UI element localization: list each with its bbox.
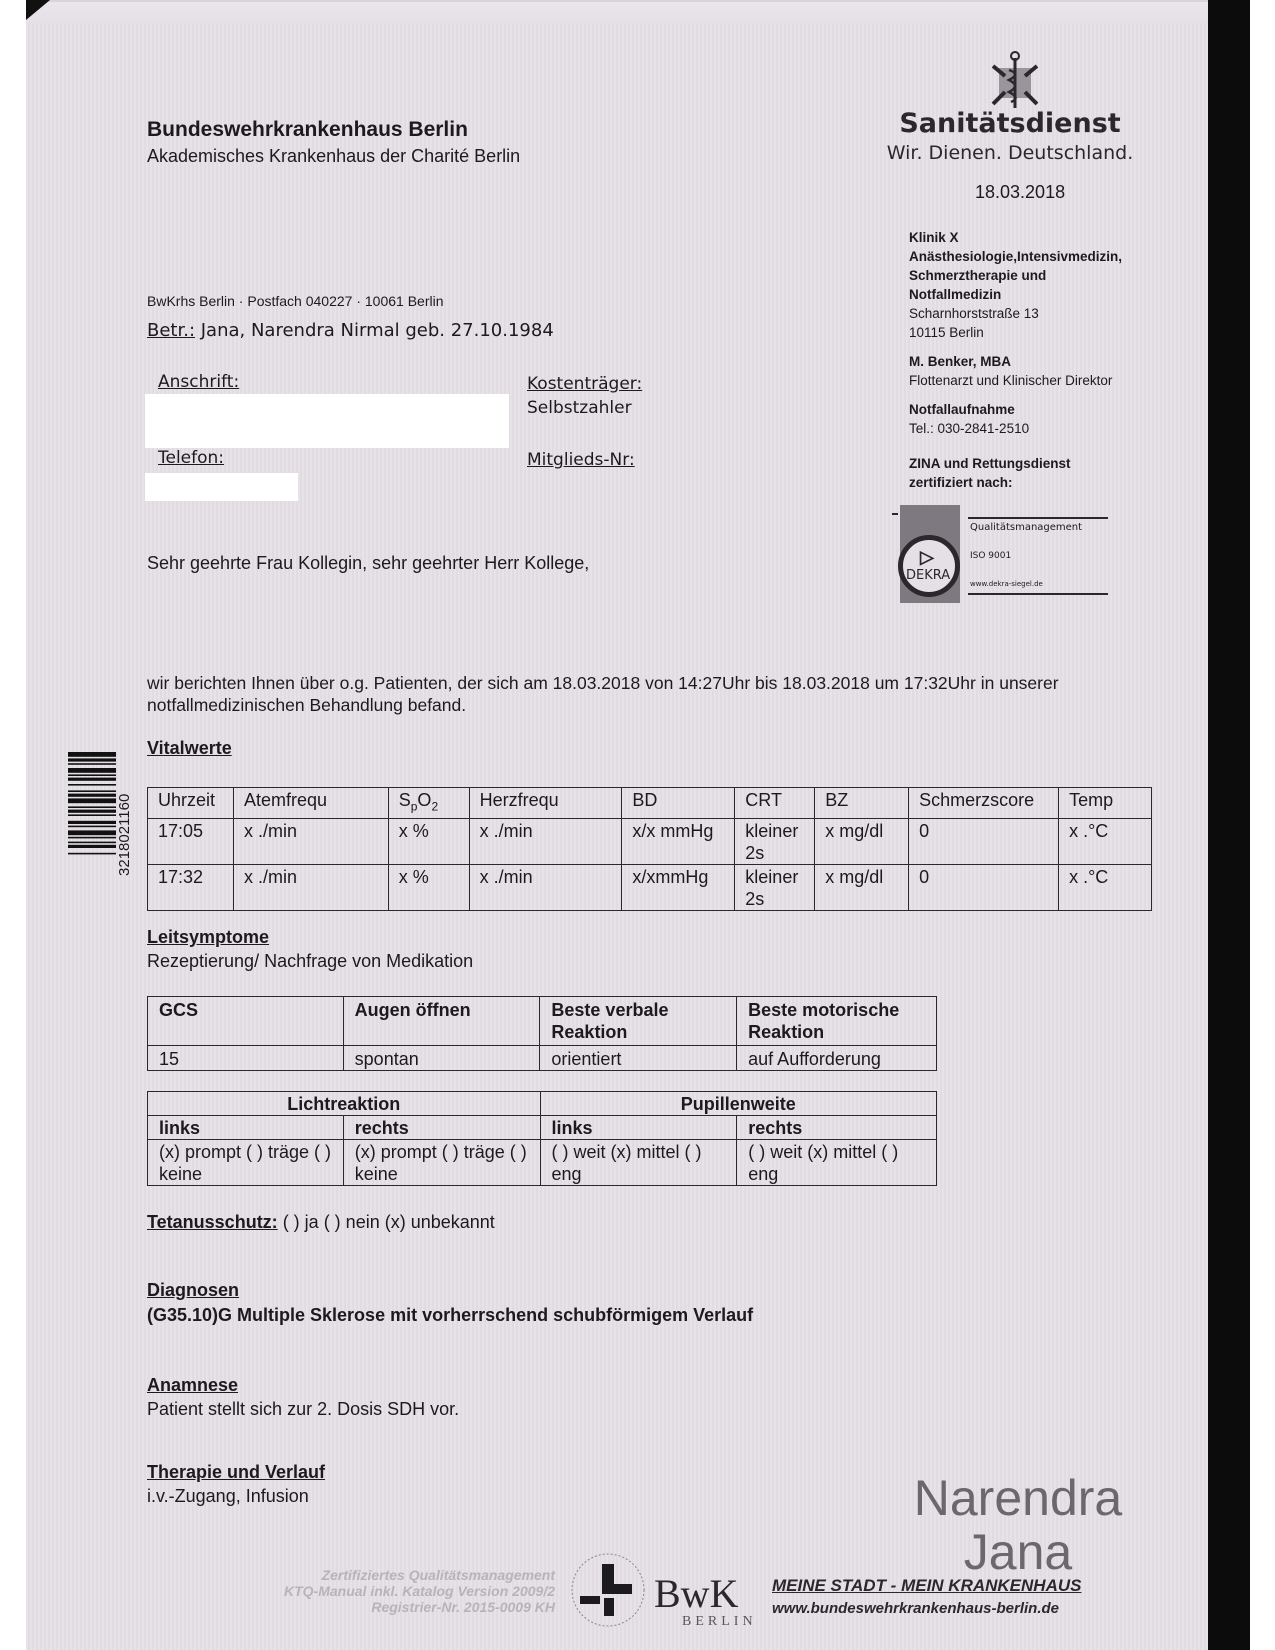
cert-line: Zertifiziertes Qualitätsmanagement xyxy=(222,1567,555,1583)
payer-label: Kostenträger: xyxy=(527,374,642,394)
col-header: Beste motorische Reaktion xyxy=(737,997,937,1046)
cell: ( ) weit (x) mittel ( ) eng xyxy=(737,1140,937,1186)
table-row: 17:05 x ./min x % x ./min x/x mmHg klein… xyxy=(148,818,1152,864)
pupil-table: Lichtreaktion Pupillenweite links rechts… xyxy=(147,1091,937,1186)
address-label: Anschrift: xyxy=(158,372,239,392)
tetanus-value: ( ) ja ( ) nein (x) unbekannt xyxy=(278,1212,495,1232)
col-header: rechts xyxy=(737,1116,937,1140)
cell: ( ) weit (x) mittel ( ) eng xyxy=(540,1140,737,1186)
brand-subtitle: Wir. Dienen. Deutschland. xyxy=(860,142,1160,164)
diagnosen-text: (G35.10)G Multiple Sklerose mit vorherrs… xyxy=(147,1305,753,1326)
cell: 17:32 xyxy=(148,864,234,910)
cell: kleiner 2s xyxy=(735,818,815,864)
col-header: GCS xyxy=(148,997,344,1046)
table-row: 15 spontan orientiert auf Aufforderung xyxy=(148,1046,937,1071)
diagnosen-heading: Diagnosen xyxy=(147,1280,239,1301)
cell: kleiner 2s xyxy=(735,864,815,910)
brand-title: Sanitätsdienst xyxy=(860,108,1160,139)
therapie-text: i.v.-Zugang, Infusion xyxy=(147,1486,309,1507)
clinic-info: Klinik X Anästhesiologie,Intensivmedizin… xyxy=(909,228,1139,502)
cell: (x) prompt ( ) träge ( ) keine xyxy=(343,1140,540,1186)
col-header-spo2: SpO2 xyxy=(388,788,469,819)
col-header: CRT xyxy=(735,788,815,819)
clinic-name: Klinik X xyxy=(909,228,1139,247)
col-header: Temp xyxy=(1059,788,1152,819)
dekra-brand: DEKRA xyxy=(906,568,950,583)
subject-text: Jana, Narendra Nirmal geb. 27.10.1984 xyxy=(195,320,554,341)
col-header: BD xyxy=(622,788,735,819)
vitals-heading: Vitalwerte xyxy=(147,738,232,759)
tetanus-label: Tetanusschutz: xyxy=(147,1212,278,1232)
cell: 17:05 xyxy=(148,818,234,864)
cert-line: KTQ-Manual inkl. Katalog Version 2009/2 xyxy=(222,1583,555,1599)
dekra-arrow-icon: ▷ xyxy=(920,547,934,568)
ktq-seal-icon xyxy=(568,1550,648,1630)
anamnese-heading: Anamnese xyxy=(147,1375,238,1396)
cert-line: Registrier-Nr. 2015-0009 KH xyxy=(222,1599,555,1615)
footer-certification: Zertifiziertes Qualitätsmanagement KTQ-M… xyxy=(222,1567,555,1615)
table-row: (x) prompt ( ) träge ( ) keine (x) promp… xyxy=(148,1140,937,1186)
col-header: Schmerzscore xyxy=(909,788,1059,819)
dekra-seal: ▷ DEKRA Qualitätsmanagement ISO 9001 www… xyxy=(900,505,1130,605)
cell: x % xyxy=(388,818,469,864)
phone-label: Telefon: xyxy=(158,448,224,468)
col-header: rechts xyxy=(343,1116,540,1140)
barcode xyxy=(68,752,116,908)
dekra-line-3: www.dekra-siegel.de xyxy=(970,580,1043,588)
cell: 15 xyxy=(148,1046,344,1071)
therapie-heading: Therapie und Verlauf xyxy=(147,1462,325,1483)
pupil-sub-header-row: links rechts links rechts xyxy=(148,1116,937,1140)
cell: x ./min xyxy=(233,864,388,910)
bwk-logo-sub: BERLIN xyxy=(682,1614,757,1630)
subject-line: Betr.: Jana, Narendra Nirmal geb. 27.10.… xyxy=(147,320,554,341)
col-header: Herzfrequ xyxy=(469,788,622,819)
cell: (x) prompt ( ) träge ( ) keine xyxy=(148,1140,344,1186)
col-header: BZ xyxy=(815,788,909,819)
subject-label: Betr.: xyxy=(147,320,195,341)
director-title: Flottenarzt und Klinischer Direktor xyxy=(909,371,1139,390)
cert-label: ZINA und Rettungsdienst xyxy=(909,454,1139,473)
col-header: Beste verbale Reaktion xyxy=(540,997,737,1046)
director-name: M. Benker, MBA xyxy=(909,352,1139,371)
col-header: links xyxy=(148,1116,344,1140)
cell: x mg/dl xyxy=(815,818,909,864)
cell: x .°C xyxy=(1059,818,1152,864)
signature-last: Jana xyxy=(888,1522,1148,1582)
vitals-table: Uhrzeit Atemfrequ SpO2 Herzfrequ BD CRT … xyxy=(147,787,1152,911)
aesculapius-cross-icon xyxy=(985,48,1045,112)
er-phone: Tel.: 030-2841-2510 xyxy=(909,419,1139,438)
group-header: Pupillenweite xyxy=(540,1092,937,1116)
er-label: Notfallaufnahme xyxy=(909,400,1139,419)
clinic-street: Scharnhorststraße 13 xyxy=(909,304,1139,323)
footer-url[interactable]: www.bundeswehrkrankenhaus-berlin.de xyxy=(772,1600,1059,1617)
intro-paragraph: wir berichten Ihnen über o.g. Patienten,… xyxy=(147,672,1127,716)
cert-label: zertifiziert nach: xyxy=(909,473,1139,492)
phone-redaction xyxy=(145,473,298,501)
cell: x % xyxy=(388,864,469,910)
cell: x mg/dl xyxy=(815,864,909,910)
department-line: Anästhesiologie,Intensivmedizin, xyxy=(909,247,1139,266)
department-line: Notfallmedizin xyxy=(909,285,1139,304)
col-header: Atemfrequ xyxy=(233,788,388,819)
hospital-name: Bundeswehrkrankenhaus Berlin xyxy=(147,118,468,142)
cell: x ./min xyxy=(469,818,622,864)
bwk-logo: BwK xyxy=(654,1570,738,1617)
anamnese-text: Patient stellt sich zur 2. Dosis SDH vor… xyxy=(147,1399,459,1420)
torn-top-edge xyxy=(26,0,1208,24)
col-header: Augen öffnen xyxy=(343,997,540,1046)
dekra-line-1: Qualitätsmanagement xyxy=(970,522,1082,533)
col-header: links xyxy=(540,1116,737,1140)
scan-border-right xyxy=(1208,0,1250,1650)
member-number-label: Mitglieds-Nr: xyxy=(527,450,635,470)
gcs-table: GCS Augen öffnen Beste verbale Reaktion … xyxy=(147,996,937,1071)
signature-first: Narendra xyxy=(888,1468,1148,1528)
cell: x .°C xyxy=(1059,864,1152,910)
col-header: Uhrzeit xyxy=(148,788,234,819)
leitsymptome-text: Rezeptierung/ Nachfrage von Medikation xyxy=(147,951,473,972)
signature-name: Narendra Jana xyxy=(888,1468,1148,1582)
cell: x/x mmHg xyxy=(622,818,735,864)
pupil-group-header-row: Lichtreaktion Pupillenweite xyxy=(148,1092,937,1116)
cell: x ./min xyxy=(233,818,388,864)
gcs-header-row: GCS Augen öffnen Beste verbale Reaktion … xyxy=(148,997,937,1046)
cell: 0 xyxy=(909,864,1059,910)
address-redaction xyxy=(145,394,509,448)
group-header: Lichtreaktion xyxy=(148,1092,541,1116)
salutation: Sehr geehrte Frau Kollegin, sehr geehrte… xyxy=(147,553,589,574)
table-row: 17:32 x ./min x % x ./min x/xmmHg kleine… xyxy=(148,864,1152,910)
return-address: BwKrhs Berlin · Postfach 040227 · 10061 … xyxy=(147,293,444,309)
letter-date: 18.03.2018 xyxy=(975,182,1065,203)
footer-slogan: MEINE STADT - MEIN KRANKENHAUS xyxy=(772,1576,1081,1596)
cell: 0 xyxy=(909,818,1059,864)
barcode-number: 3218021160 xyxy=(116,760,136,910)
cell: x/xmmHg xyxy=(622,864,735,910)
clinic-city: 10115 Berlin xyxy=(909,323,1139,342)
department-line: Schmerztherapie und xyxy=(909,266,1139,285)
cell: spontan xyxy=(343,1046,540,1071)
cell: auf Aufforderung xyxy=(737,1046,937,1071)
cell: orientiert xyxy=(540,1046,737,1071)
payer-value: Selbstzahler xyxy=(527,398,632,418)
dekra-line-2: ISO 9001 xyxy=(970,551,1011,561)
leitsymptome-heading: Leitsymptome xyxy=(147,927,269,948)
cell: x ./min xyxy=(469,864,622,910)
hospital-subtitle: Akademisches Krankenhaus der Charité Ber… xyxy=(147,146,520,167)
tetanus-line: Tetanusschutz: ( ) ja ( ) nein (x) unbek… xyxy=(147,1212,495,1233)
vitals-header-row: Uhrzeit Atemfrequ SpO2 Herzfrequ BD CRT … xyxy=(148,788,1152,819)
